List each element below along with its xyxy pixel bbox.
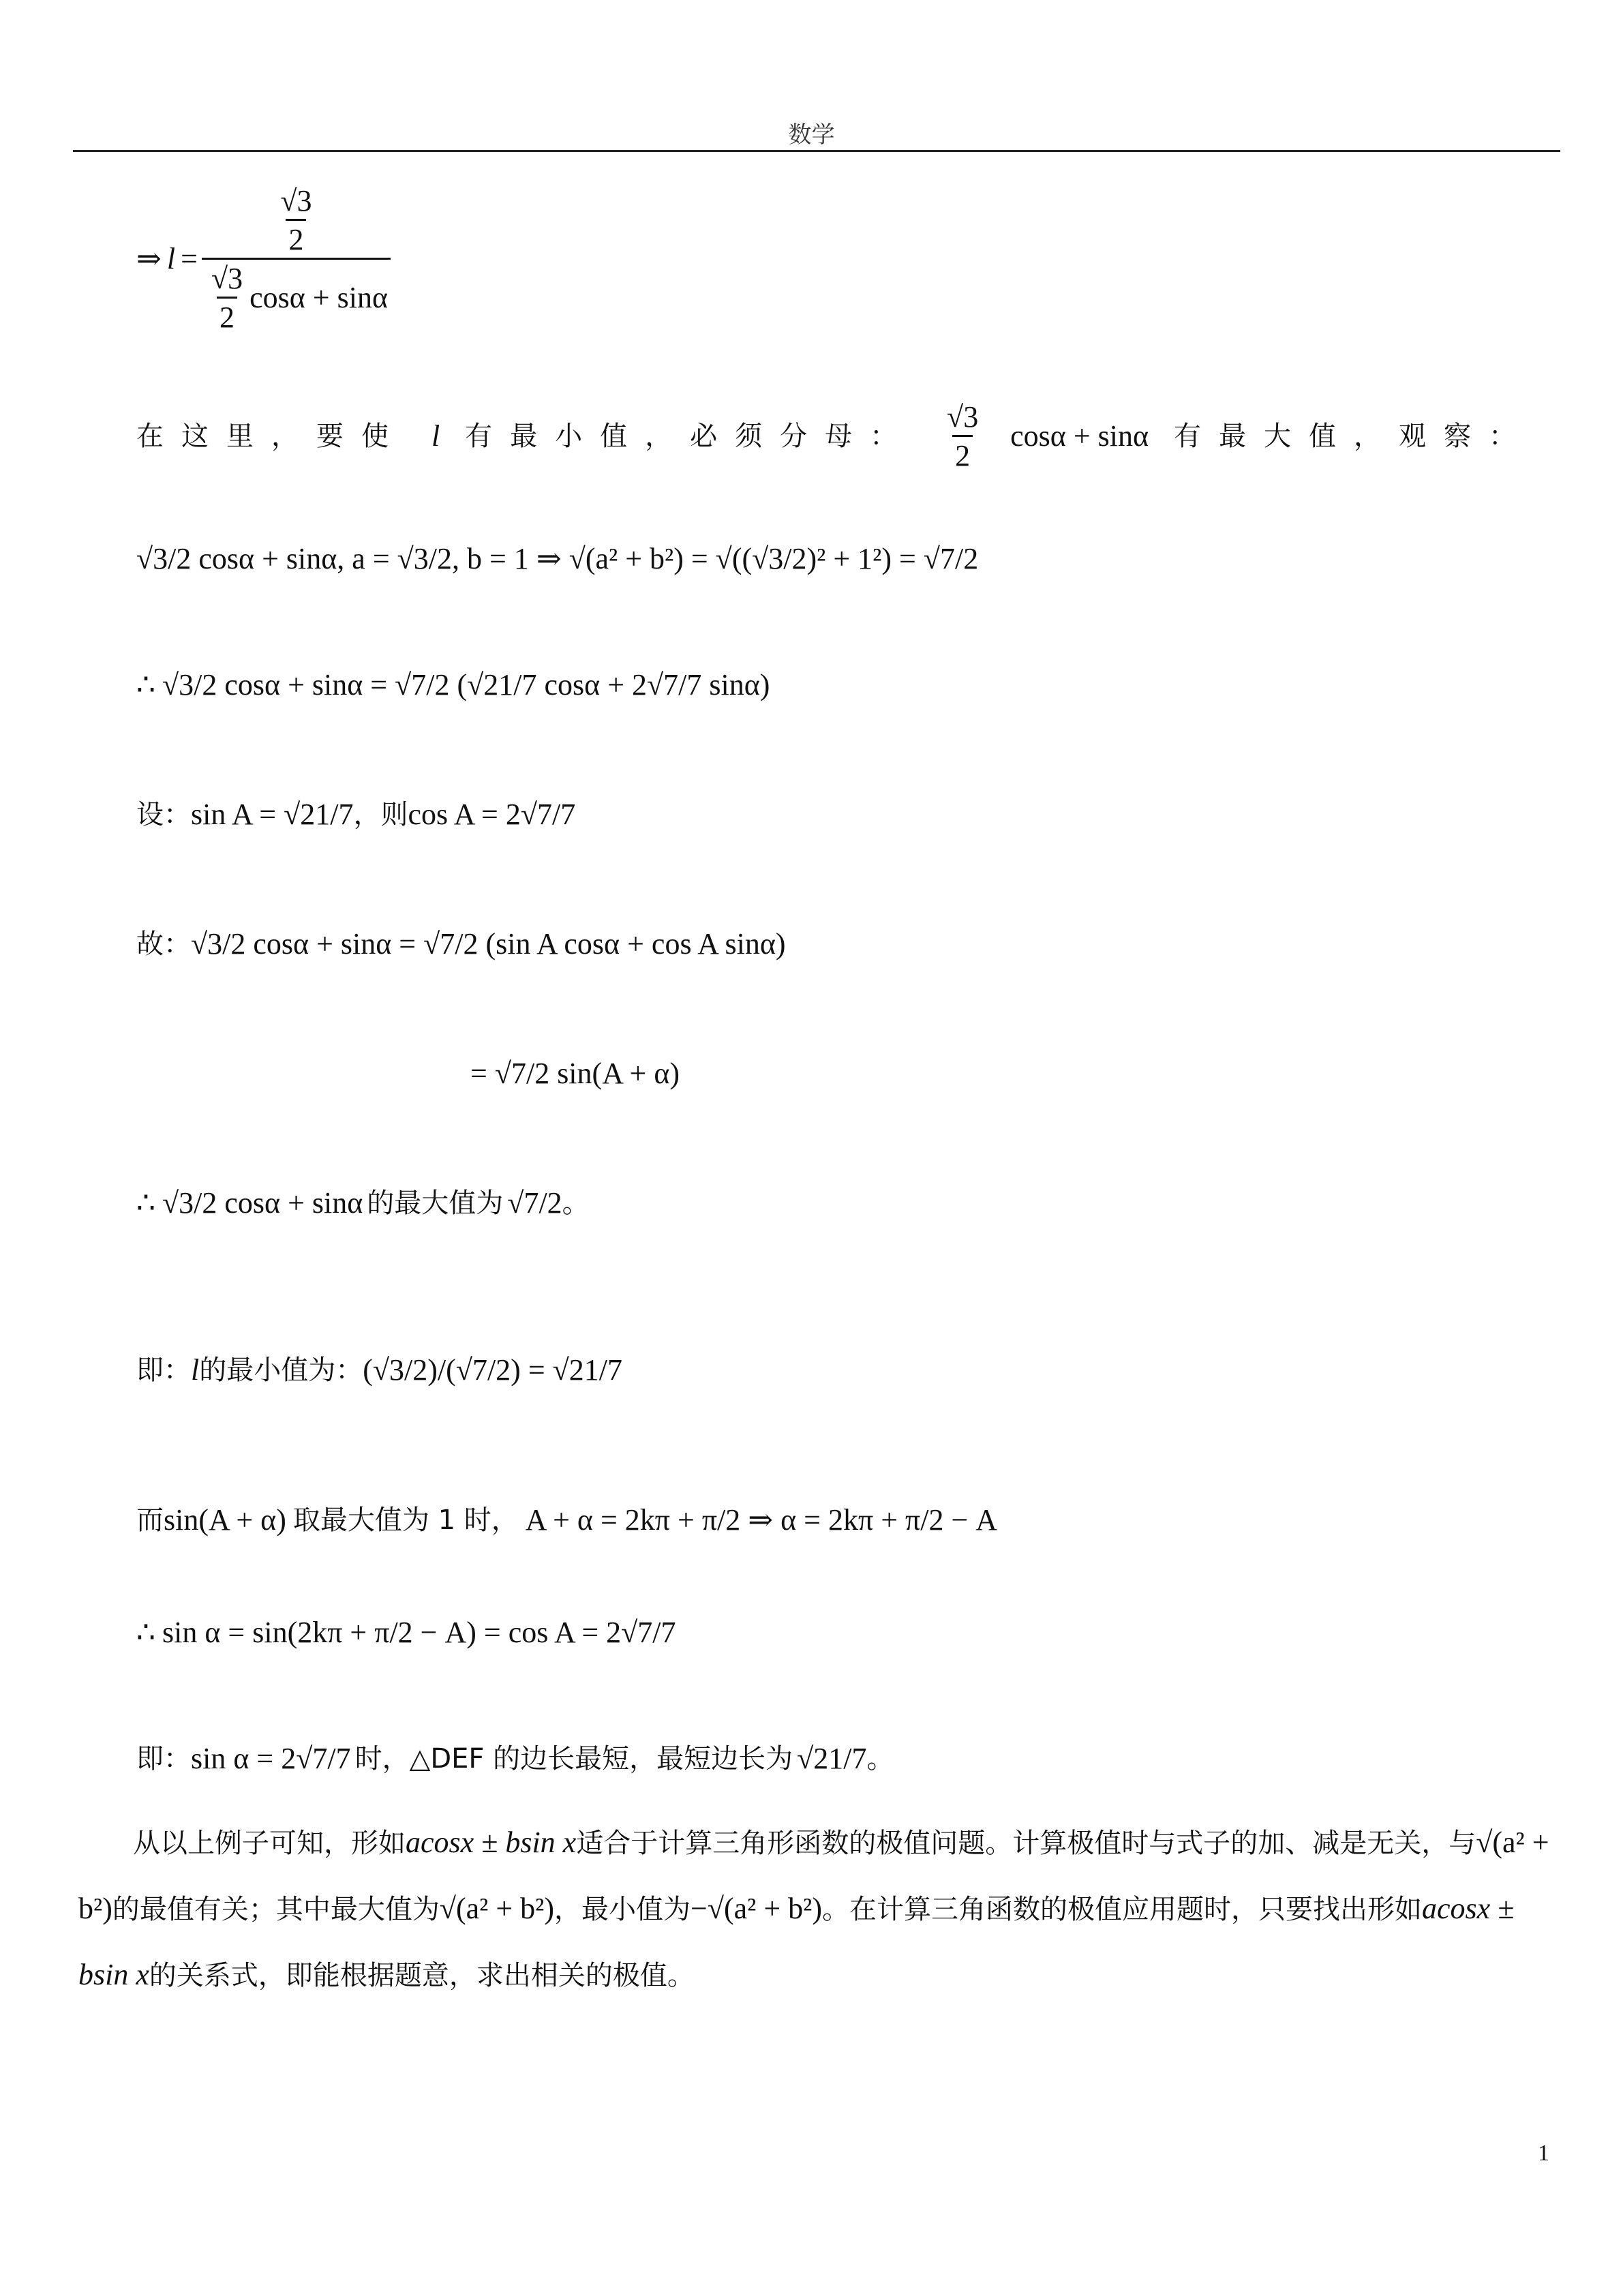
expression: sin α = 2√7/7 <box>191 1744 351 1774</box>
text-segment: 。在计算三角函数的极值应用题时，只要找出形如 <box>822 1894 1422 1925</box>
text-segment: 有最小值，必须分母： <box>465 423 915 450</box>
expression: cosα + sinα <box>1010 421 1149 451</box>
label: 故： <box>136 931 191 958</box>
header-divider <box>73 150 1560 152</box>
text-segment: 从以上例子可知，形如 <box>133 1828 406 1859</box>
expression: sin α = sin(2kπ + π/2 − A) = cos A = 2√7… <box>162 1618 676 1648</box>
expression: √3/2 cosα + sinα <box>162 1188 363 1218</box>
expression: sin A = √21/7 <box>191 800 353 830</box>
formula-factor: ∴ √3/2 cosα + sinα = √7/2 (√21/7 cosα + … <box>136 651 770 719</box>
formula-let-sinA: 设： sin A = √21/7 ，则 cos A = 2√7/7 <box>136 781 575 849</box>
page-header-title: 数学 <box>0 116 1623 149</box>
formula-conclusion: 即： sin α = 2√7/7 时，△DEF 的边长最短，最短边长为 √21/… <box>136 1725 894 1793</box>
formula-amplitude: √3/2 cosα + sinα, a = √3/2, b = 1 ⇒ √(a²… <box>136 525 978 593</box>
variable-l: l <box>431 421 440 451</box>
therefore-symbol: ∴ <box>136 1618 155 1648</box>
formula-min-l: 即： l 的最小值为： (√3/2)/(√7/2) = √21/7 <box>136 1326 622 1415</box>
text-segment: 而 <box>136 1507 164 1534</box>
expression: √3/2 cosα + sinα, a = √3/2, b = 1 ⇒ √(a²… <box>136 544 978 574</box>
expression: acosx ± bsin x <box>406 1826 576 1859</box>
label: 设： <box>136 801 191 828</box>
text-segment: 在这里，要使 <box>136 423 406 450</box>
numerator-bottom: 2 <box>286 219 306 255</box>
denominator-bottom: 2 <box>217 297 237 333</box>
period: 。 <box>867 1745 894 1772</box>
expression: A + α = 2kπ + π/2 ⇒ α = 2kπ + π/2 − A <box>526 1505 997 1535</box>
text-segment: 的最大值为 <box>367 1190 503 1217</box>
page-number: 1 <box>1538 2141 1549 2166</box>
formula-max-value: ∴ √3/2 cosα + sinα 的最大值为 √7/2 。 <box>136 1169 590 1237</box>
text-segment: 适合于计算三角形函数的极值问题。计算极值时与式子的加、减是无关，与 <box>576 1828 1476 1859</box>
text-segment: 的关系式，即能根据题意，求出相关的极值。 <box>149 1960 695 1991</box>
variable-l: l <box>191 1355 199 1385</box>
text-segment: 取最大值为 1 时， <box>293 1507 519 1534</box>
text-segment: 的最小值为： <box>199 1357 363 1384</box>
summary-paragraph: 从以上例子可知，形如acosx ± bsin x适合于计算三角形函数的极值问题。… <box>78 1810 1558 2008</box>
denominator-top: √3 <box>209 264 245 297</box>
text-segment: 时，△DEF 的边长最短，最短边长为 <box>355 1745 793 1772</box>
formula-sin-alpha: ∴ sin α = sin(2kπ + π/2 − A) = cos A = 2… <box>136 1599 676 1667</box>
therefore-symbol: ∴ <box>136 1188 155 1218</box>
expression: cos A = 2√7/7 <box>408 800 575 830</box>
label: 即： <box>136 1745 191 1772</box>
therefore-symbol: ∴ <box>136 670 155 700</box>
equals-sign: = <box>181 244 198 274</box>
value: √7/2 <box>507 1188 562 1218</box>
text-segment: 的最值有关；其中最大值为 <box>112 1894 440 1925</box>
frac-top: √3 <box>944 402 981 435</box>
expression: sin(A + α) <box>164 1505 286 1535</box>
text-segment: ，则 <box>353 801 408 828</box>
main-fraction: √32 √32cosα + sinα <box>202 186 391 333</box>
expression: (√3/2)/(√7/2) = √21/7 <box>363 1355 622 1385</box>
expression: −√(a² + b²) <box>691 1892 822 1925</box>
period: 。 <box>562 1190 590 1217</box>
variable-l: l <box>167 244 175 274</box>
expression: = √7/2 sin(A + α) <box>470 1059 680 1089</box>
formula-hence: 故： √3/2 cosα + sinα = √7/2 (sin A cosα +… <box>136 910 786 978</box>
numerator-top: √3 <box>277 186 314 219</box>
text-segment: ，最小值为 <box>554 1894 691 1925</box>
value: √21/7 <box>797 1744 866 1774</box>
expression: √3/2 cosα + sinα = √7/2 (sin A cosα + co… <box>191 929 786 959</box>
expression: √(a² + b²) <box>440 1892 554 1925</box>
formula-l-definition: ⇒ l = √32 √32cosα + sinα <box>136 174 395 344</box>
frac-bottom: 2 <box>952 435 973 471</box>
text-line-minimum-condition: 在这里，要使 l 有最小值，必须分母： √32 cosα + sinα 有最大值… <box>136 399 1534 474</box>
label: 即： <box>136 1357 191 1384</box>
implies-symbol: ⇒ <box>136 244 162 274</box>
text-segment: 有最大值，观察： <box>1174 423 1534 450</box>
formula-result: = √7/2 sin(A + α) <box>470 1040 680 1108</box>
expression: √3/2 cosα + sinα = √7/2 (√21/7 cosα + 2√… <box>162 670 770 700</box>
formula-angle-condition: 而 sin(A + α) 取最大值为 1 时， A + α = 2kπ + π/… <box>136 1486 997 1554</box>
denominator-rest: cosα + sinα <box>249 283 388 313</box>
